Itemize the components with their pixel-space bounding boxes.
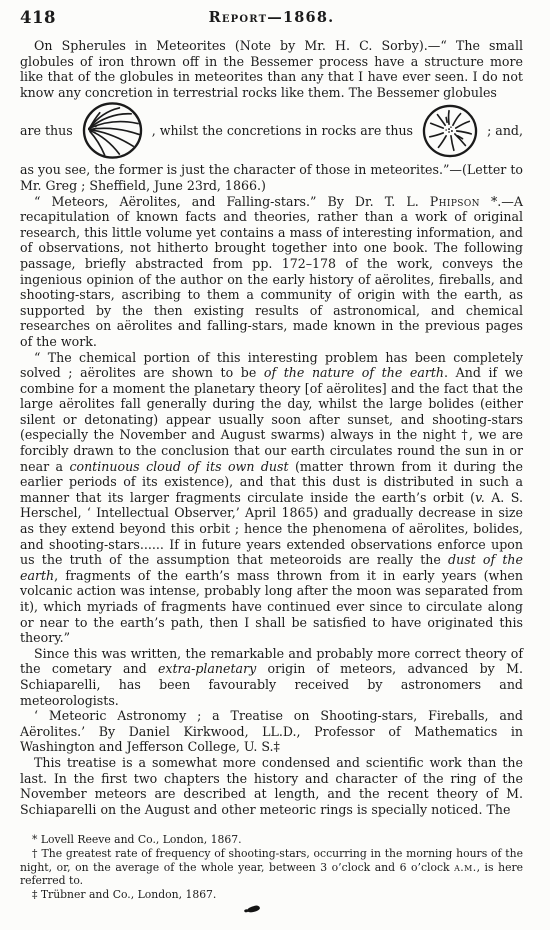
page-content: 418 Report—1868. On Spherules in Meteori… bbox=[20, 8, 523, 901]
italic-phrase: of the nature of the earth bbox=[264, 365, 444, 380]
paragraph-text: , fragments of the earth’s mass thrown f… bbox=[20, 568, 523, 645]
paragraph-text: This treatise is a somewhat more condens… bbox=[20, 755, 523, 817]
paragraph-text: as you see, the former is just the chara… bbox=[20, 162, 523, 193]
figure-line-text-after: ; and, bbox=[487, 123, 523, 139]
paragraph-chemical-extract: “ The chemical portion of this interesti… bbox=[20, 350, 523, 646]
paragraph-text: . And if we combine for a moment the pla… bbox=[20, 365, 523, 474]
footnote-text: * Lovell Reeve and Co., London, 1867. bbox=[32, 833, 242, 846]
paragraph-text: *.—A recapitulation of known facts and t… bbox=[20, 194, 523, 349]
paragraph-spherules-note: On Spherules in Meteorites (Note by Mr. … bbox=[20, 38, 523, 100]
footnote-trubner: ‡ Trübner and Co., London, 1867. bbox=[20, 888, 523, 902]
italic-phrase: v. bbox=[475, 490, 485, 505]
footnote-text: ‡ Trübner and Co., London, 1867. bbox=[32, 888, 216, 901]
footnotes-section: * Lovell Reeve and Co., London, 1867. † … bbox=[20, 833, 523, 901]
paragraph-text: ‘ Meteoric Astronomy ; a Treatise on Sho… bbox=[20, 708, 523, 754]
figure-line-text-middle: , whilst the concretions in rocks are th… bbox=[152, 123, 413, 139]
paragraph-letter-close: as you see, the former is just the chara… bbox=[20, 162, 523, 193]
paragraph-text: “ Meteors, Aërolites, and Falling-stars.… bbox=[34, 194, 430, 209]
scanned-report-page: 418 Report—1868. On Spherules in Meteori… bbox=[0, 0, 550, 930]
paragraph-text: On Spherules in Meteorites (Note by Mr. … bbox=[20, 38, 523, 100]
footnote-shooting-stars-frequency: † The greatest rate of frequency of shoo… bbox=[20, 847, 523, 888]
footnote-lovell-reeve: * Lovell Reeve and Co., London, 1867. bbox=[20, 833, 523, 847]
paragraph-treatise: This treatise is a somewhat more condens… bbox=[20, 755, 523, 817]
page-body: On Spherules in Meteorites (Note by Mr. … bbox=[20, 38, 523, 817]
footnote-text: † The greatest rate of frequency of shoo… bbox=[20, 847, 523, 874]
italic-phrase: continuous cloud of its own dust bbox=[69, 459, 288, 474]
rock-concretion-figure bbox=[422, 104, 478, 158]
italic-phrase: extra-planetary bbox=[158, 661, 256, 676]
figure-line-text-before: are thus bbox=[20, 123, 73, 139]
center-cluster-dots bbox=[445, 126, 453, 132]
paragraph-phipson-review: “ Meteors, Aërolites, and Falling-stars.… bbox=[20, 194, 523, 350]
paragraph-kirkwood-title: ‘ Meteoric Astronomy ; a Treatise on Sho… bbox=[20, 708, 523, 755]
ink-smudge-artifact bbox=[247, 905, 261, 913]
author-name-smallcaps: Phipson bbox=[430, 194, 480, 209]
am-smallcaps: a.m. bbox=[454, 861, 476, 874]
paragraph-schiaparelli: Since this was written, the remarkable a… bbox=[20, 646, 523, 708]
figure-line: are thus bbox=[20, 102, 523, 159]
running-title: Report—1868. bbox=[20, 9, 523, 26]
bessemer-globule-figure bbox=[82, 102, 143, 159]
running-header: 418 Report—1868. bbox=[20, 8, 523, 32]
